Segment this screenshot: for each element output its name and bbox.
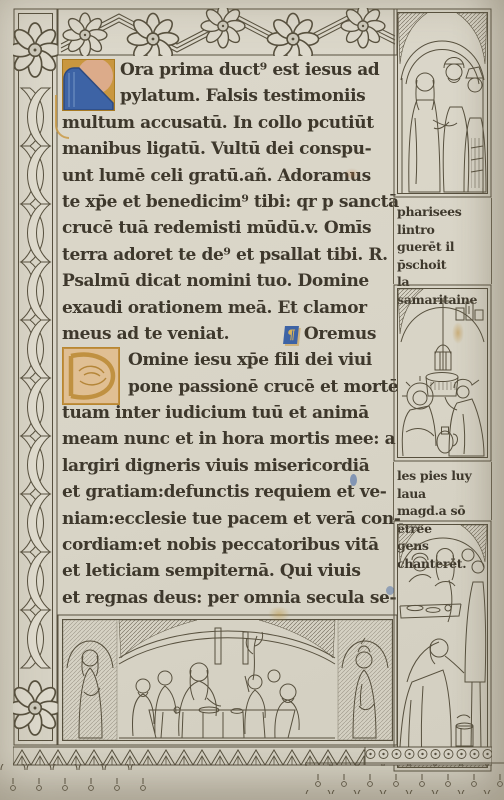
text-line: exaudi orationem meā. Et clamor — [62, 295, 396, 321]
french-caption-1: pharisees lintro guerēt il p̄schoit la s… — [393, 198, 492, 284]
latin-text-block: Ora prima duct⁹ est iesus ad pylatum. Fa… — [62, 57, 396, 617]
text-line: meam nunc et in hora mortis mee: a — [62, 426, 396, 452]
illuminated-initial-H — [62, 59, 115, 111]
paragraph-mark: ¶ — [283, 326, 299, 344]
text-line: niam:ecclesie tue pacem et verā con- — [62, 506, 396, 532]
lace-edge-left — [0, 764, 150, 794]
text-line: et gratiam:defunctis requiem et ve- — [62, 479, 396, 505]
text-line: te xp̄e et benedicim⁹ tibi: qr p sanctā — [62, 189, 396, 215]
text-line-oremus: meus ad te veniat. ¶Oremus — [62, 321, 396, 347]
woodcut-samaritan-woman — [393, 284, 492, 462]
text-line: crucē tuā redemisti mūdū.v. Omīs — [62, 215, 396, 241]
caption-line: les pies luy laua — [397, 467, 491, 502]
lace-edge-right — [305, 760, 504, 794]
woodcut-feast-scene — [57, 614, 398, 746]
woodcut-christ-pharisees — [393, 8, 492, 198]
caption-line: guerēt il p̄schoit — [397, 238, 491, 273]
woodcut-border-left-twisted-branch — [13, 8, 58, 746]
illuminated-initial-D — [62, 347, 120, 405]
text-line: et regnas deus: per omnia secula se- — [62, 585, 396, 611]
text-line: cordiam:et nobis peccatoribus vitā — [62, 532, 396, 558]
text-line: Psalmū dicat nomini tuo. Domine — [62, 268, 396, 294]
margin-column: pharisees lintro guerēt il p̄schoit la s… — [393, 8, 492, 772]
oremus-label: Oremus — [304, 324, 376, 344]
text-line: multum accusatū. In collo pcutiūt — [62, 110, 396, 136]
text-line: et leticiam sempiternā. Qui viuis — [62, 558, 396, 584]
oremus-group: ¶Oremus — [284, 321, 376, 347]
manuscript-page: Ora prima duct⁹ est iesus ad pylatum. Fa… — [0, 0, 504, 800]
caption-line: pharisees lintro — [397, 203, 491, 238]
woodcut-border-top-flowers — [57, 8, 398, 56]
text-line: largiri digneris viuis misericordiā — [62, 453, 396, 479]
french-caption-2: les pies luy laua magd.a sō ētree gens c… — [393, 462, 492, 520]
text-line: unt lumē celi gratū.añ. Adoramus — [62, 163, 396, 189]
text-line-left: meus ad te veniat. — [62, 321, 229, 347]
text-line: terra adoret te de⁹ et psallat tibi. R. — [62, 242, 396, 268]
text-line: manibus ligatū. Vultū dei conspu- — [62, 136, 396, 162]
